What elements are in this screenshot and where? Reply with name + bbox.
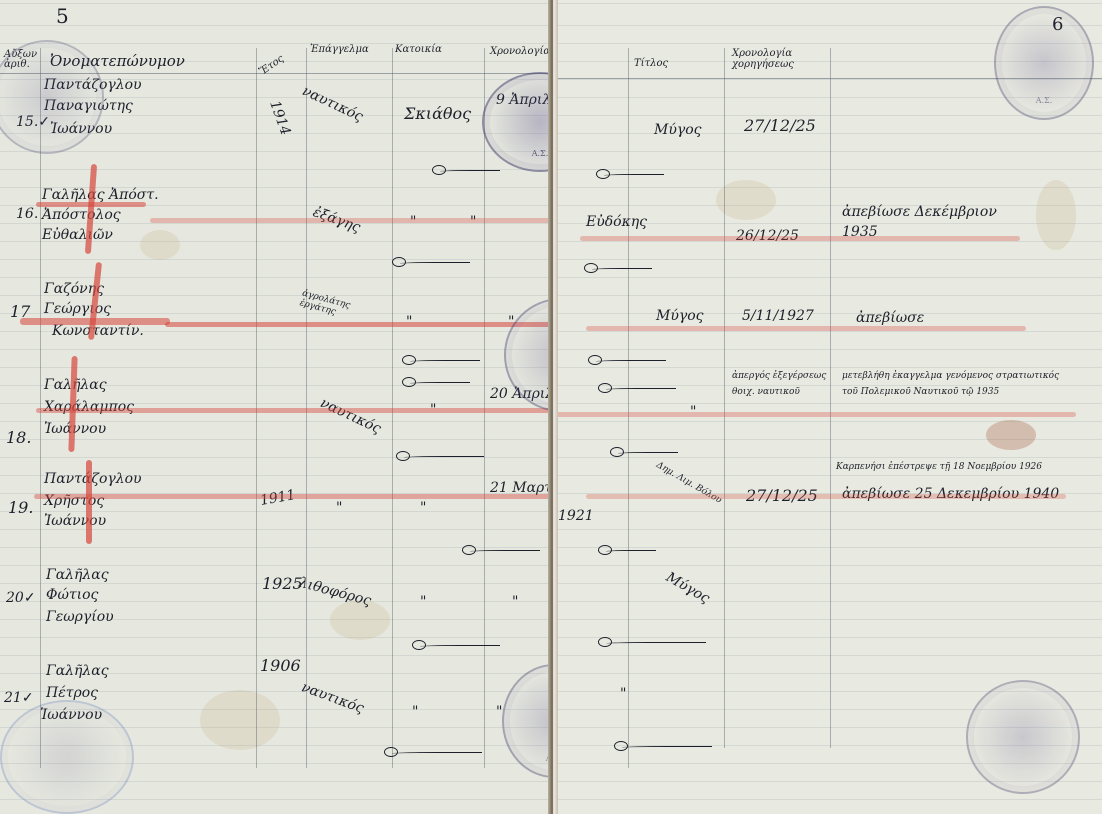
ditto-line [392, 752, 482, 755]
date-membership: ἀπεργός ἐξεγέρσεως θοιχ. ναυτικοῦ [732, 368, 827, 400]
ditto-line [410, 360, 480, 363]
strike-line [586, 326, 1026, 331]
title: Μύγος [656, 308, 703, 324]
name-first: Ἀπόστολος [42, 206, 121, 225]
date-membership: 27/12/25 [744, 116, 816, 135]
stain [200, 690, 280, 750]
strike-line [580, 236, 1020, 241]
name-surname: Γαλῆλας [46, 662, 109, 681]
ditto-line [604, 174, 664, 177]
ditto-line [596, 360, 666, 363]
column-rule [628, 48, 629, 768]
residence: Σκιάθος [404, 104, 471, 123]
ditto-line [400, 262, 470, 265]
year: 1906 [260, 656, 301, 675]
date-membership: 5/11/1927 [742, 308, 814, 324]
ditto-line [470, 550, 540, 553]
ditto-line [606, 550, 656, 553]
occupation: λιθοφόρος [297, 575, 373, 610]
strike-line [36, 408, 553, 413]
name-father: Εὐθαλιῶν [42, 226, 113, 245]
check-mark-icon: ✓ [22, 690, 34, 706]
header-residence: Κατοικία [395, 44, 442, 55]
header-occupation: Ἐπάγγελμα [310, 44, 369, 55]
ditto-line [420, 645, 500, 648]
name-first: Γεώργιος [44, 300, 111, 319]
page-number-left: 5 [56, 4, 69, 28]
name-first: Φώτιος [46, 586, 98, 605]
serial-number: 20✓ [6, 590, 36, 606]
name-surname: Παντάζογλου [44, 470, 142, 489]
title: Εὐδόκης [586, 214, 647, 230]
strike-cross [86, 460, 92, 544]
title: Μύγος [663, 569, 712, 607]
strike-line [150, 218, 553, 223]
stain [1036, 180, 1076, 250]
name-father: Ἰωάννου [44, 512, 106, 531]
date-registration-ditto: " [512, 594, 518, 610]
strike-line [165, 322, 553, 327]
serial-number: 19. [8, 498, 33, 517]
strike-line [556, 412, 1076, 417]
name-surname: Γαλῆλας [46, 566, 109, 585]
serial-number: 16. [16, 206, 38, 222]
register-book: 5 Αὔξων ἀριθ. Ὀνοματεπώνυμον Ἔτος Ἐπάγγε… [0, 0, 1102, 814]
column-rule [830, 48, 831, 748]
remarks: ἀπεβίωσε [856, 310, 924, 326]
remarks-note: Καρπενήσι ἐπέστρεψε τῇ 18 Νοεμβρίου 1926 [836, 462, 1042, 472]
official-stamp-icon [0, 700, 134, 814]
title-ditto: " [620, 686, 626, 702]
remarks: μετεβλήθη ἐκαγγελμα γενόμενος στρατιωτικ… [842, 368, 1072, 400]
title: Μύγος [654, 122, 701, 138]
header-year: Ἔτος [257, 53, 286, 78]
left-page: 5 Αὔξων ἀριθ. Ὀνοματεπώνυμον Ἔτος Ἐπάγγε… [0, 0, 553, 814]
name-father: Γεωργίου [46, 608, 114, 627]
official-stamp-icon: Α.Σ. [502, 664, 553, 778]
occupation: ναυτικός [318, 395, 384, 437]
header-date-membership: Χρονολογία χορηγήσεως [732, 48, 827, 70]
strike-line [34, 494, 553, 499]
official-stamp-icon: Α.Σ. [482, 72, 553, 172]
stain [140, 230, 180, 260]
residence-ditto: " [412, 704, 418, 720]
right-page: 6 Τίτλος Χρονολογία χορηγήσεως Μύγος 27/… [556, 0, 1102, 814]
occupation: ναυτικός [300, 83, 366, 125]
header-title: Τίτλος [634, 58, 668, 69]
serial-number: 21✓ [4, 690, 34, 706]
ditto-line [410, 382, 470, 385]
ditto-line [622, 746, 712, 749]
stain [716, 180, 776, 220]
occupation: ἀγρολάτης ἐργάτης [298, 289, 361, 324]
occupation: ναυτικός [299, 679, 366, 716]
ditto-line [606, 388, 676, 391]
header-date-registration: Χρονολογία ἐγγραφῆς [490, 46, 553, 57]
residence-ditto: " [420, 500, 426, 516]
date-registration-year: 1921 [558, 508, 594, 524]
official-stamp-icon [966, 680, 1080, 794]
ditto-line [404, 456, 484, 459]
year: 1914 [266, 99, 293, 138]
official-stamp-icon: Α.Σ. [994, 6, 1094, 120]
ditto-line [606, 642, 706, 645]
strike-line [586, 494, 1066, 499]
column-rule [724, 48, 725, 748]
stain [986, 420, 1036, 450]
occupation-ditto: " [336, 500, 342, 516]
ditto-line [440, 170, 500, 173]
book-spine [548, 0, 558, 814]
serial-number: 18. [6, 428, 31, 447]
ditto-line [618, 452, 678, 455]
residence-ditto: " [420, 594, 426, 610]
check-mark-icon: ✓ [24, 590, 36, 606]
ditto-line [592, 268, 652, 271]
